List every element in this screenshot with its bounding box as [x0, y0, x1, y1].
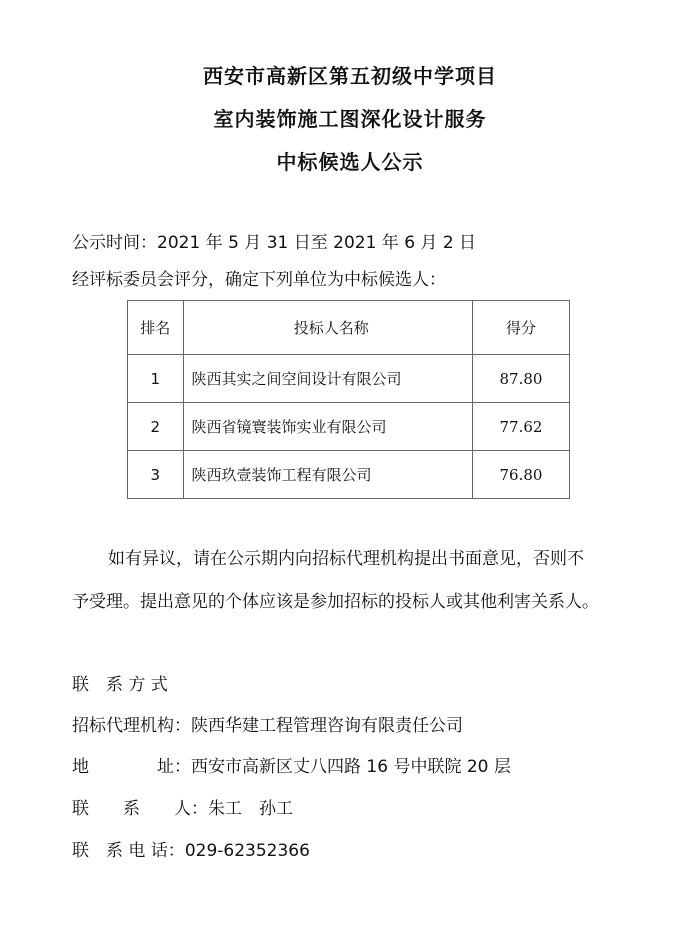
address-value: 西安市高新区丈八四路 16 号中联院 20 层 — [191, 757, 511, 777]
person-label: 联 系 人： — [72, 794, 208, 819]
table-row: 1 陕西其实之间空间设计有限公司 87.80 — [128, 355, 570, 403]
objection-line-1: 如有异议，请在公示期内向招标代理机构提出书面意见，否则不 — [108, 544, 584, 569]
contact-person: 联 系 人：朱工 孙工 — [72, 794, 293, 819]
header-score: 得分 — [473, 301, 570, 355]
contact-address: 地 址：西安市高新区丈八四路 16 号中联院 20 层 — [72, 752, 511, 777]
cell-rank: 1 — [128, 355, 184, 403]
cell-name: 陕西省镜寰装饰实业有限公司 — [183, 403, 473, 451]
agency-label: 招标代理机构： — [72, 711, 191, 736]
cell-name: 陕西玖壹装饰工程有限公司 — [183, 451, 473, 499]
phone-value: 029-62352366 — [185, 841, 310, 861]
cell-rank: 3 — [128, 451, 184, 499]
title-line-3: 中标候选人公示 — [0, 146, 700, 175]
header-name: 投标人名称 — [183, 301, 473, 355]
cell-score: 87.80 — [473, 355, 570, 403]
phone-label: 联 系 电 话： — [72, 836, 185, 861]
cell-name: 陕西其实之间空间设计有限公司 — [183, 355, 473, 403]
notice-period: 公示时间：2021 年 5 月 31 日至 2021 年 6 月 2 日 — [72, 228, 476, 253]
cell-rank: 2 — [128, 403, 184, 451]
title-line-2: 室内装饰施工图深化设计服务 — [0, 103, 700, 132]
cell-score: 77.62 — [473, 403, 570, 451]
table-row: 3 陕西玖壹装饰工程有限公司 76.80 — [128, 451, 570, 499]
intro-text: 经评标委员会评分，确定下列单位为中标候选人： — [72, 265, 446, 290]
table-row: 2 陕西省镜寰装饰实业有限公司 77.62 — [128, 403, 570, 451]
person-value: 朱工 孙工 — [208, 799, 293, 819]
contact-phone: 联 系 电 话：029-62352366 — [72, 836, 310, 861]
cell-score: 76.80 — [473, 451, 570, 499]
table-header-row: 排名 投标人名称 得分 — [128, 301, 570, 355]
contact-agency: 招标代理机构：陕西华建工程管理咨询有限责任公司 — [72, 711, 463, 736]
agency-value: 陕西华建工程管理咨询有限责任公司 — [191, 716, 463, 736]
objection-line-2: 予受理。提出意见的个体应该是参加招标的投标人或其他利害关系人。 — [72, 587, 599, 612]
contact-heading: 联 系 方 式 — [72, 670, 168, 695]
header-rank: 排名 — [128, 301, 184, 355]
candidates-table: 排名 投标人名称 得分 1 陕西其实之间空间设计有限公司 87.80 2 陕西省… — [127, 300, 570, 499]
address-label: 地 址： — [72, 752, 191, 777]
title-line-1: 西安市高新区第五初级中学项目 — [0, 60, 700, 89]
